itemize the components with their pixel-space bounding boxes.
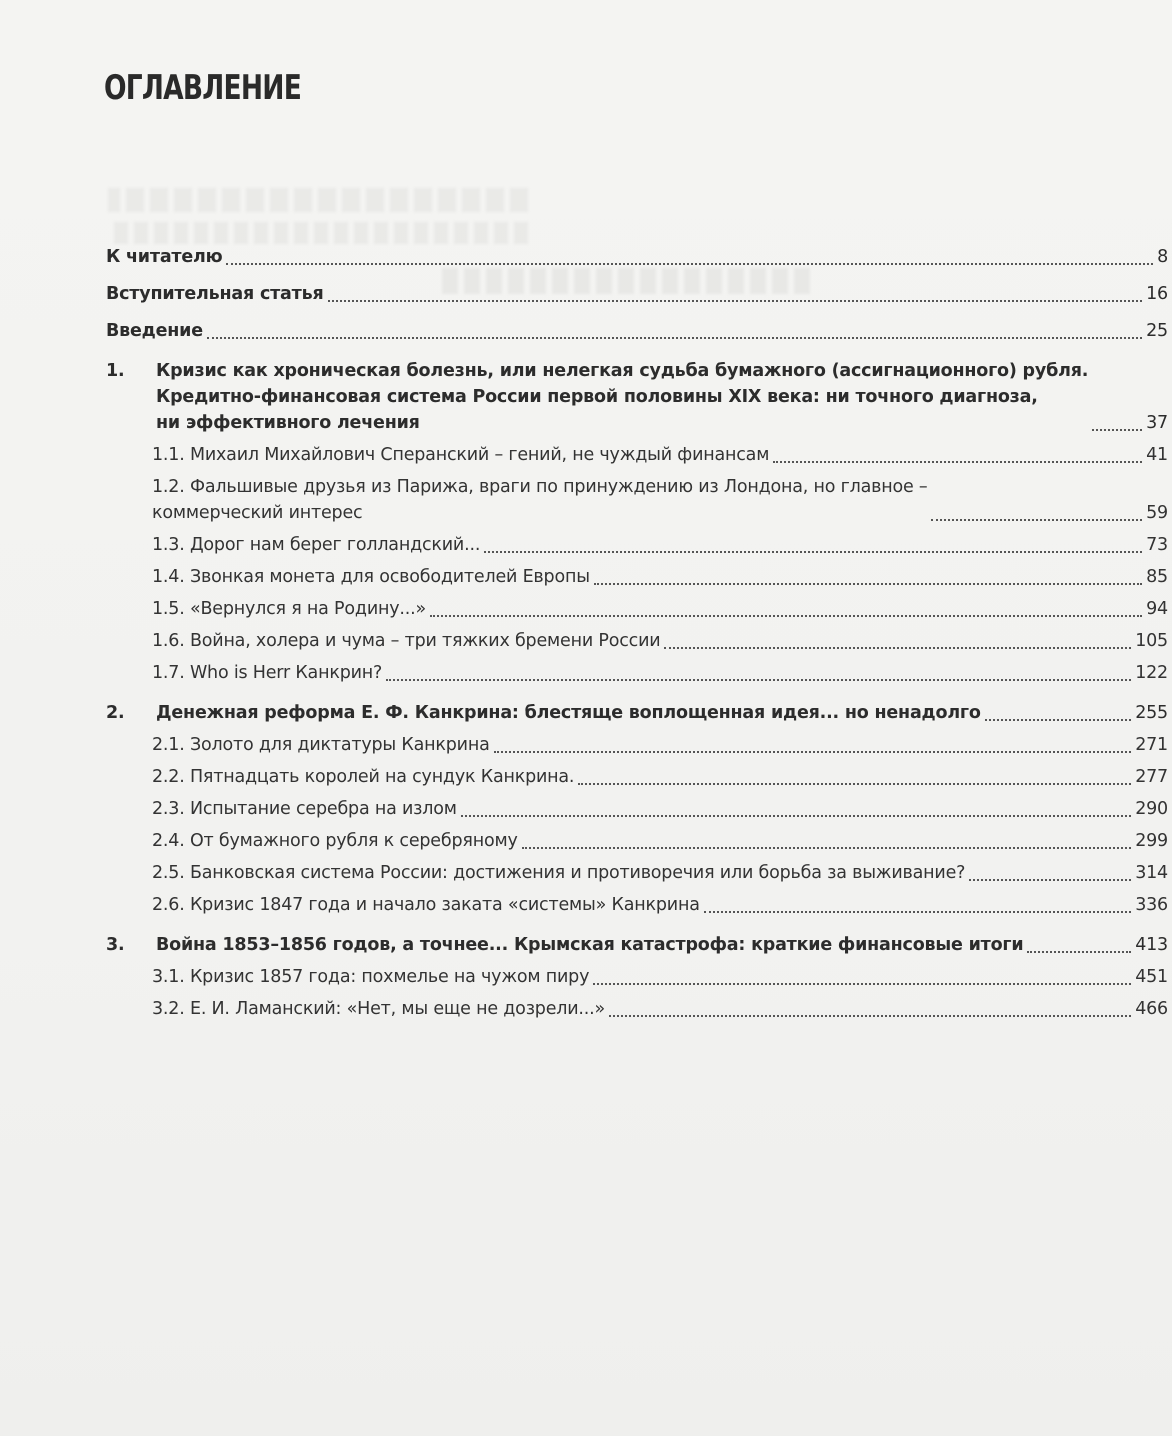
toc-entry[interactable]: 2.2. Пятнадцать королей на сундук Канкри… — [106, 764, 1168, 790]
toc-entry[interactable]: 2.1. Золото для диктатуры Канкрина 271 — [106, 732, 1168, 758]
dot-leader — [328, 290, 1143, 302]
dot-leader — [484, 541, 1142, 553]
dot-leader — [1027, 941, 1131, 953]
dot-leader — [207, 327, 1142, 339]
toc-entry-body: 2.2. Пятнадцать королей на сундук Канкри… — [152, 764, 1135, 790]
toc-page-number: 466 — [1135, 996, 1168, 1022]
dot-leader — [931, 509, 1142, 521]
dot-leader — [664, 637, 1131, 649]
toc-page-number: 94 — [1146, 596, 1168, 622]
toc-entry[interactable]: 1.6. Война, холера и чума – три тяжких б… — [106, 628, 1168, 654]
toc-entry-title: 1.3. Дорог нам берег голландский... — [152, 532, 480, 558]
toc-page-number: 16 — [1146, 281, 1168, 307]
dot-leader — [704, 901, 1131, 913]
dot-leader — [522, 837, 1132, 849]
toc-entry-title: 1.1. Михаил Михайлович Сперанский – гени… — [152, 442, 769, 468]
toc-entry[interactable]: 2. Денежная реформа Е. Ф. Канкрина: блес… — [106, 700, 1168, 726]
toc-entry-title: 1.4. Звонкая монета для освободителей Ев… — [152, 564, 590, 590]
dot-leader — [594, 573, 1142, 585]
toc-entry-title: 2.2. Пятнадцать королей на сундук Канкри… — [152, 764, 574, 790]
dot-leader — [226, 253, 1153, 265]
toc-entry[interactable]: 3.2. Е. И. Ламанский: «Нет, мы еще не до… — [106, 996, 1168, 1022]
toc-entry[interactable]: 1.4. Звонкая монета для освободителей Ев… — [106, 564, 1168, 590]
toc-page-number: 59 — [1146, 500, 1168, 526]
toc-entry-body: Вступительная статья — [106, 281, 1146, 307]
toc-entry[interactable]: 1.7. Who is Herr Канкрин? 122 — [106, 660, 1168, 686]
toc-page-number: 25 — [1146, 318, 1168, 344]
toc-page-number: 255 — [1135, 700, 1168, 726]
toc-entry-title: Кризис как хроническая болезнь, или неле… — [156, 358, 1088, 436]
toc-entry[interactable]: 3.1. Кризис 1857 года: похмелье на чужом… — [106, 964, 1168, 990]
toc-entry[interactable]: 2.6. Кризис 1847 года и начало заката «с… — [106, 892, 1168, 918]
toc-entry-body: 2.6. Кризис 1847 года и начало заката «с… — [152, 892, 1135, 918]
toc-entry-body: Кризис как хроническая болезнь, или неле… — [156, 358, 1146, 436]
dot-leader — [985, 709, 1131, 721]
dot-leader — [494, 741, 1132, 753]
toc-page-number: 85 — [1146, 564, 1168, 590]
page-title: ОГЛАВЛЕНИЕ — [104, 68, 301, 108]
toc-page-number: 105 — [1135, 628, 1168, 654]
toc-entry-title: 2.1. Золото для диктатуры Канкрина — [152, 732, 490, 758]
toc-entry-body: 1.3. Дорог нам берег голландский... — [152, 532, 1146, 558]
dot-leader — [593, 973, 1131, 985]
toc-entry-body: К читателю — [106, 244, 1157, 270]
toc-page-number: 277 — [1135, 764, 1168, 790]
toc-page-number: 451 — [1135, 964, 1168, 990]
toc-page-number: 314 — [1135, 860, 1168, 886]
book-page: ОГЛАВЛЕНИЕ К читателю 8 Вступительная ст… — [0, 0, 1172, 1436]
toc-page-number: 336 — [1135, 892, 1168, 918]
toc-entry-title: 2.4. От бумажного рубля к серебряному — [152, 828, 518, 854]
toc-page-number: 290 — [1135, 796, 1168, 822]
toc-page-number: 37 — [1146, 410, 1168, 436]
toc-entry-body: 1.2. Фальшивые друзья из Парижа, враги п… — [152, 474, 1146, 526]
toc-entry[interactable]: 2.4. От бумажного рубля к серебряному 29… — [106, 828, 1168, 854]
toc-entry-body: 1.1. Михаил Михайлович Сперанский – гени… — [152, 442, 1146, 468]
toc-entry-title: 1.5. «Вернулся я на Родину...» — [152, 596, 426, 622]
toc-page-number: 41 — [1146, 442, 1168, 468]
toc-entry[interactable]: 2.5. Банковская система России: достижен… — [106, 860, 1168, 886]
table-of-contents: К читателю 8 Вступительная статья 16 Вве… — [106, 244, 1168, 1022]
toc-entry-body: 2.5. Банковская система России: достижен… — [152, 860, 1135, 886]
toc-entry-body: 2.1. Золото для диктатуры Канкрина — [152, 732, 1135, 758]
toc-entry[interactable]: 1.1. Михаил Михайлович Сперанский – гени… — [106, 442, 1168, 468]
toc-entry-title: 2.6. Кризис 1847 года и начало заката «с… — [152, 892, 700, 918]
toc-entry[interactable]: К читателю 8 — [106, 244, 1168, 270]
show-through-text — [108, 188, 528, 212]
toc-entry-body: 3.2. Е. И. Ламанский: «Нет, мы еще не до… — [152, 996, 1135, 1022]
dot-leader — [609, 1005, 1131, 1017]
toc-entry-title: 2.5. Банковская система России: достижен… — [152, 860, 965, 886]
toc-entry-body: 1.5. «Вернулся я на Родину...» — [152, 596, 1146, 622]
toc-entry-title: Денежная реформа Е. Ф. Канкрина: блестящ… — [156, 700, 981, 726]
toc-entry-title: 2.3. Испытание серебра на излом — [152, 796, 457, 822]
toc-entry-body: 1.4. Звонкая монета для освободителей Ев… — [152, 564, 1146, 590]
toc-entry[interactable]: 2.3. Испытание серебра на излом 290 — [106, 796, 1168, 822]
toc-entry-body: 1.7. Who is Herr Канкрин? — [152, 660, 1135, 686]
chapter-number: 2. — [106, 700, 156, 726]
dot-leader — [430, 605, 1142, 617]
toc-entry-title: Война 1853–1856 годов, а точнее... Крымс… — [156, 932, 1023, 958]
toc-page-number: 73 — [1146, 532, 1168, 558]
toc-entry-body: 3.1. Кризис 1857 года: похмелье на чужом… — [152, 964, 1135, 990]
toc-entry[interactable]: Вступительная статья 16 — [106, 281, 1168, 307]
dot-leader — [1092, 419, 1142, 431]
toc-entry-title: К читателю — [106, 244, 222, 270]
toc-entry-title: Вступительная статья — [106, 281, 324, 307]
toc-entry-body: Денежная реформа Е. Ф. Канкрина: блестящ… — [156, 700, 1135, 726]
toc-page-number: 8 — [1157, 244, 1168, 270]
toc-entry-body: 2.3. Испытание серебра на излом — [152, 796, 1135, 822]
dot-leader — [386, 669, 1131, 681]
toc-entry[interactable]: 1.2. Фальшивые друзья из Парижа, враги п… — [106, 474, 1168, 526]
dot-leader — [578, 773, 1131, 785]
show-through-text — [108, 222, 528, 244]
toc-entry-title: Введение — [106, 318, 203, 344]
toc-page-number: 299 — [1135, 828, 1168, 854]
toc-entry[interactable]: 1.5. «Вернулся я на Родину...» 94 — [106, 596, 1168, 622]
toc-page-number: 413 — [1135, 932, 1168, 958]
dot-leader — [461, 805, 1131, 817]
toc-entry-title: 1.2. Фальшивые друзья из Парижа, враги п… — [152, 474, 927, 526]
dot-leader — [969, 869, 1131, 881]
chapter-number: 1. — [106, 358, 156, 384]
toc-entry[interactable]: Введение 25 — [106, 318, 1168, 344]
toc-entry[interactable]: 1.3. Дорог нам берег голландский... 73 — [106, 532, 1168, 558]
toc-entry-body: Введение — [106, 318, 1146, 344]
toc-entry[interactable]: 3. Война 1853–1856 годов, а точнее... Кр… — [106, 932, 1168, 958]
toc-page-number: 122 — [1135, 660, 1168, 686]
toc-entry[interactable]: 1. Кризис как хроническая болезнь, или н… — [106, 358, 1168, 436]
toc-entry-title: 3.2. Е. И. Ламанский: «Нет, мы еще не до… — [152, 996, 605, 1022]
chapter-number: 3. — [106, 932, 156, 958]
toc-entry-title: 1.7. Who is Herr Канкрин? — [152, 660, 382, 686]
toc-page-number: 271 — [1135, 732, 1168, 758]
toc-entry-title: 3.1. Кризис 1857 года: похмелье на чужом… — [152, 964, 589, 990]
dot-leader — [773, 451, 1142, 463]
toc-entry-body: 2.4. От бумажного рубля к серебряному — [152, 828, 1135, 854]
toc-entry-title: 1.6. Война, холера и чума – три тяжких б… — [152, 628, 660, 654]
toc-entry-body: 1.6. Война, холера и чума – три тяжких б… — [152, 628, 1135, 654]
toc-entry-body: Война 1853–1856 годов, а точнее... Крымс… — [156, 932, 1135, 958]
